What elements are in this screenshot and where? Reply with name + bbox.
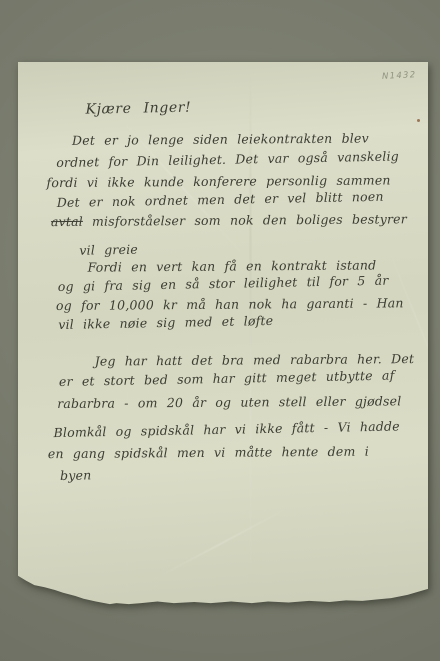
struck-out-word: avtal (51, 214, 83, 229)
handwritten-line: Det er nok ordnet men det er vel blitt n… (57, 189, 384, 210)
handwritten-line: vil ikke nøie sig med et løfte (58, 313, 273, 332)
handwritten-line: Det er jo lenge siden leiekontrakten ble… (72, 130, 369, 147)
handwritten-line: misforståelser som nok den boliges besty… (92, 211, 407, 228)
greeting-line: Kjære Inger! (85, 100, 191, 118)
letter-paper: N1432 Kjære Inger! Det er jo lenge siden… (18, 62, 428, 608)
photo-background: N1432 Kjære Inger! Det er jo lenge siden… (0, 0, 440, 661)
handwritten-line: og for 10,000 kr må han nok ha garanti -… (56, 295, 404, 313)
handwritten-letter: Kjære Inger! Det er jo lenge siden leiek… (17, 57, 434, 608)
handwritten-line: rabarbra - om 20 år og uten stell eller … (57, 393, 401, 411)
handwritten-line: fordi vi ikke kunde konferere personlig … (46, 172, 390, 190)
handwritten-line: vil greie (79, 242, 138, 258)
handwritten-line: er et stort bed som har gitt meget utbyt… (59, 368, 395, 389)
handwritten-line: Jeg har hatt det bra med rabarbra her. D… (95, 351, 415, 369)
handwritten-line: ordnet for Din leilighet. Det var også v… (56, 148, 399, 170)
handwritten-line: en gang spidskål men vi måtte hente dem … (48, 444, 369, 462)
handwritten-line-with-strikethrough: avtalmisforståelser som nok den boliges … (51, 211, 407, 229)
handwritten-line: byen (60, 467, 92, 483)
paper-shadow-wrap: N1432 Kjære Inger! Det er jo lenge siden… (0, 0, 440, 661)
handwritten-line: Fordi en vert kan få en kontrakt istand (87, 257, 376, 274)
handwritten-line: og gi fra sig en så stor leilighet til f… (58, 273, 389, 294)
handwritten-line: Blomkål og spidskål har vi ikke fått - V… (53, 418, 400, 440)
